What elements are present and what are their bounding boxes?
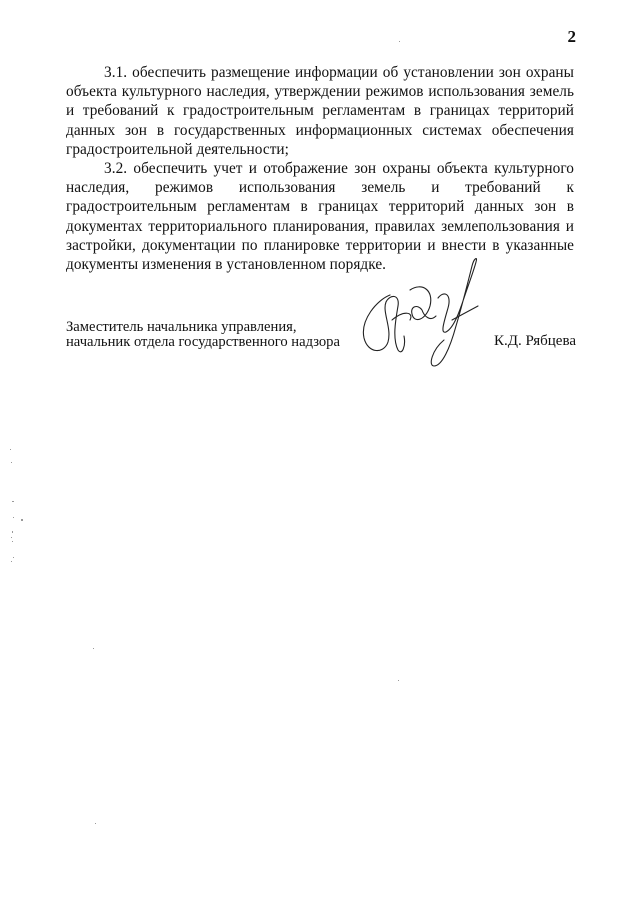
signer-position-line-2: начальник отдела государственного надзор…	[66, 335, 340, 350]
scan-noise	[11, 537, 12, 538]
paragraph-3-2: 3.2. обеспечить учет и отображение зон о…	[66, 159, 574, 274]
scan-noise	[399, 41, 400, 42]
scan-noise	[10, 449, 11, 450]
signer-name: К.Д. Рябцева	[494, 334, 576, 349]
scan-noise	[12, 501, 14, 502]
document-page: 2 3.1. обеспечить размещение информации …	[0, 0, 640, 905]
signer-position-line-1: Заместитель начальника управления,	[66, 320, 340, 335]
paragraph-3-1: 3.1. обеспечить размещение информации об…	[66, 63, 574, 159]
scan-noise	[95, 823, 96, 824]
signer-position: Заместитель начальника управления, начал…	[66, 320, 340, 350]
scan-noise	[398, 680, 399, 681]
scan-noise	[93, 648, 94, 649]
scan-noise	[12, 531, 13, 533]
document-body: 3.1. обеспечить размещение информации об…	[66, 63, 574, 274]
signature-block: Заместитель начальника управления, начал…	[66, 320, 576, 360]
page-number: 2	[556, 27, 576, 47]
scan-noise	[21, 519, 23, 521]
scan-noise	[13, 517, 14, 518]
scan-noise	[11, 462, 12, 463]
scan-noise	[12, 541, 13, 542]
scan-noise	[11, 561, 12, 562]
scan-noise	[13, 557, 14, 558]
